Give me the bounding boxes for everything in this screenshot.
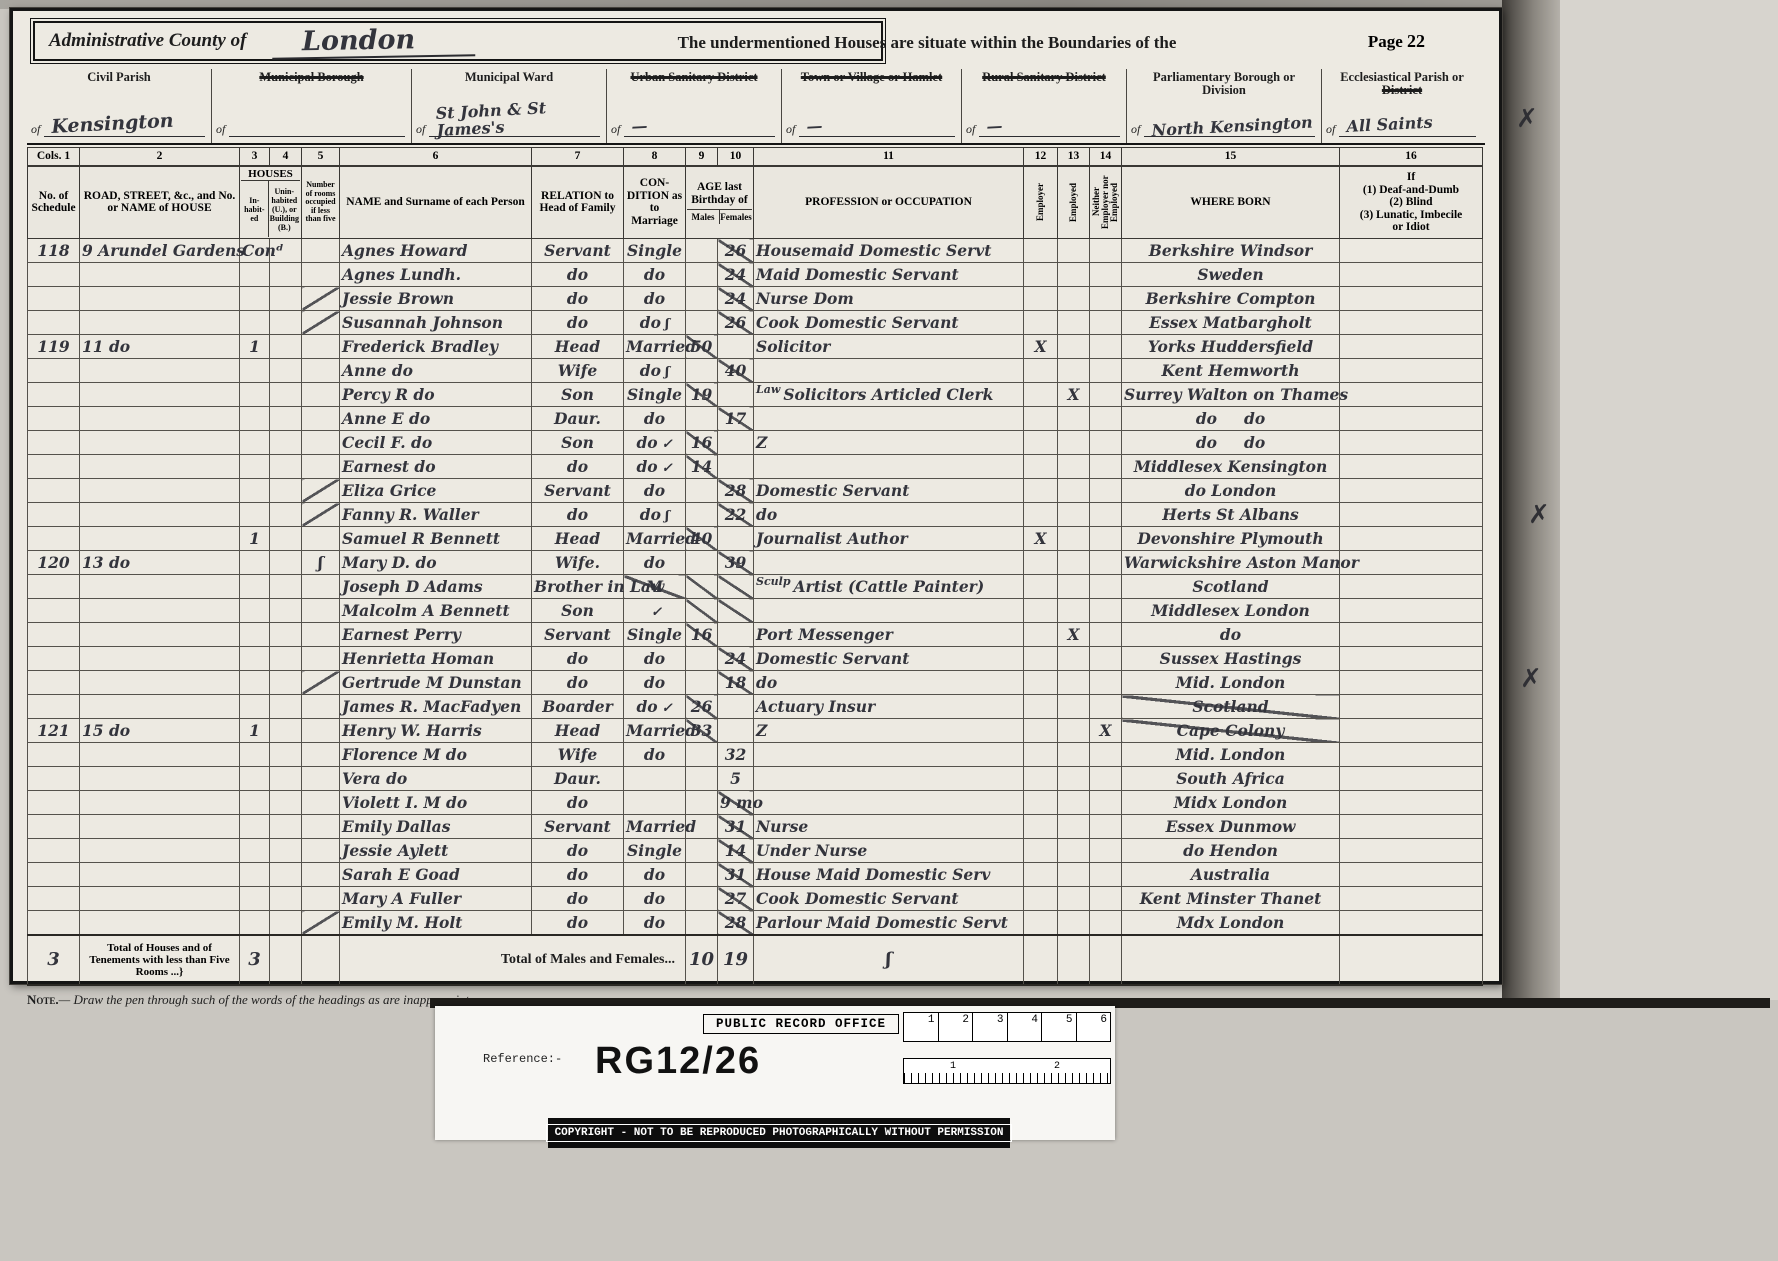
cell-road — [80, 311, 240, 335]
cell-road — [80, 431, 240, 455]
cell-name: Eliza Grice — [340, 479, 532, 503]
cell-e13 — [1058, 311, 1090, 335]
cell-e12 — [1024, 599, 1058, 623]
col-num: 6 — [340, 148, 532, 166]
cell-sch — [28, 815, 80, 839]
col-infirmity-line: (3) Lunatic, Imbecile — [1341, 209, 1481, 222]
of-label: of — [31, 122, 40, 137]
cell-e14 — [1090, 527, 1122, 551]
table-row: Vera doDaur.5South Africa — [28, 767, 1483, 791]
table-row: 12013 doʃMary D. doWife.do39Warwickshire… — [28, 551, 1483, 575]
col-rooms: Number of rooms occupied if less than fi… — [302, 166, 340, 239]
cell-e12 — [1024, 623, 1058, 647]
table-row: Mary A Fullerdodo27Cook Domestic Servant… — [28, 887, 1483, 911]
cell-occ: Nurse — [754, 815, 1024, 839]
col-infirmity-line: If — [1341, 171, 1481, 184]
cell-am: 19 — [686, 383, 718, 407]
cell-uninh — [270, 863, 302, 887]
ruler-number: 5 — [1042, 1013, 1077, 1041]
cell-e12 — [1024, 407, 1058, 431]
cell-born: do Hendon — [1122, 839, 1340, 863]
cell-inf — [1340, 551, 1483, 575]
of-label: of — [216, 122, 225, 137]
cell-e14 — [1090, 911, 1122, 935]
cell-sch — [28, 647, 80, 671]
cell-e13 — [1058, 575, 1090, 599]
cell-sch — [28, 503, 80, 527]
cell-e12 — [1024, 887, 1058, 911]
totals-schedule: 3 — [28, 935, 80, 985]
cell-am: 16 — [686, 431, 718, 455]
ruler-number: 2 — [939, 1013, 974, 1041]
cell-occ — [754, 791, 1024, 815]
cell-uninh — [270, 791, 302, 815]
cell-uninh — [270, 767, 302, 791]
cell-road — [80, 695, 240, 719]
cell-rooms — [302, 383, 340, 407]
ruler-sub-number: 2 — [1054, 1061, 1060, 1072]
totals-empty — [1058, 935, 1090, 985]
cell-uninh — [270, 887, 302, 911]
cell-e12 — [1024, 383, 1058, 407]
cell-inh — [240, 551, 270, 575]
cell-occ — [754, 551, 1024, 575]
cell-cond: do — [624, 287, 686, 311]
clerk-tick-mark: ʃ — [665, 509, 669, 524]
cell-af: 27 — [718, 887, 754, 911]
cell-af — [718, 695, 754, 719]
cell-inf — [1340, 791, 1483, 815]
subheader-field: Urban Sanitary Districtof— — [607, 69, 782, 143]
subheader-label: Municipal Ward — [412, 71, 606, 84]
cell-occ: Under Nurse — [754, 839, 1024, 863]
cell-name: Percy R do — [340, 383, 532, 407]
footnote-label: Note. — [27, 992, 59, 1007]
cell-road — [80, 575, 240, 599]
cell-af: 24 — [718, 263, 754, 287]
subheader-value: — — [986, 116, 1003, 136]
cell-inf — [1340, 671, 1483, 695]
cell-born: Kent Hemworth — [1122, 359, 1340, 383]
cell-inh — [240, 887, 270, 911]
cell-e14 — [1090, 239, 1122, 263]
table-row: Earnest dododo✓14Middlesex Kensington — [28, 455, 1483, 479]
cell-uninh — [270, 647, 302, 671]
cell-cond: do✓ — [624, 431, 686, 455]
cell-born: Scotland — [1122, 695, 1340, 719]
cell-born: do — [1122, 623, 1340, 647]
cell-e13 — [1058, 887, 1090, 911]
col-num: 14 — [1090, 148, 1122, 166]
cell-inf — [1340, 479, 1483, 503]
cell-occ: Maid Domestic Servant — [754, 263, 1024, 287]
cell-e12 — [1024, 911, 1058, 935]
of-label: of — [416, 122, 425, 137]
cell-af: 17 — [718, 407, 754, 431]
cell-inh — [240, 839, 270, 863]
cell-uninh — [270, 719, 302, 743]
cell-sch — [28, 863, 80, 887]
cell-rooms — [302, 239, 340, 263]
subheader-label-line: Municipal Ward — [412, 71, 606, 84]
cell-rel: Wife — [532, 743, 624, 767]
of-line: of — [216, 122, 405, 137]
form-header: Administrative County of London The unde… — [27, 17, 1485, 69]
cell-e14 — [1090, 311, 1122, 335]
table-row: 11911 do1Frederick BradleyHeadMarried50S… — [28, 335, 1483, 359]
cell-e14 — [1090, 335, 1122, 359]
cell-name: Henry W. Harris — [340, 719, 532, 743]
census-table: Cols. 1 2 3 4 5 6 7 8 9 10 11 12 13 14 1… — [27, 147, 1483, 986]
cell-am — [686, 671, 718, 695]
totals-row: 3 Total of Houses and of Tenements with … — [28, 935, 1483, 985]
cell-am — [686, 575, 718, 599]
cell-cond: do — [624, 671, 686, 695]
cell-e13 — [1058, 647, 1090, 671]
cell-rooms — [302, 599, 340, 623]
cell-occ: Journalist Author — [754, 527, 1024, 551]
cell-road — [80, 791, 240, 815]
cell-rooms — [302, 743, 340, 767]
cell-occ — [754, 359, 1024, 383]
cell-rel: Servant — [532, 623, 624, 647]
col-neither: Neither Employer nor Employed — [1090, 166, 1122, 239]
table-row: James R. MacFadyenBoarderdo✓26Actuary In… — [28, 695, 1483, 719]
cell-am — [686, 263, 718, 287]
cell-inh — [240, 767, 270, 791]
cell-cond: do✓ — [624, 695, 686, 719]
col-num: 4 — [270, 148, 302, 166]
cell-born: Sussex Hastings — [1122, 647, 1340, 671]
cell-e14 — [1090, 431, 1122, 455]
of-rule: — — [624, 122, 775, 137]
cell-born: Mdx London — [1122, 911, 1340, 935]
cell-sch — [28, 671, 80, 695]
reference-number: RG12/26 — [595, 1040, 761, 1083]
clerk-tick-mark: ✓ — [662, 701, 673, 716]
cell-born: Warwickshire Aston Manor — [1122, 551, 1340, 575]
of-rule: — — [979, 122, 1120, 137]
cell-sch — [28, 695, 80, 719]
cell-inf — [1340, 743, 1483, 767]
cell-name: Susannah Johnson — [340, 311, 532, 335]
cell-sch — [28, 791, 80, 815]
cell-road: 15 do — [80, 719, 240, 743]
cell-uninh — [270, 359, 302, 383]
cell-uninh — [270, 527, 302, 551]
cell-born: Australia — [1122, 863, 1340, 887]
ruler-number: 1 — [904, 1013, 939, 1041]
cell-rooms — [302, 791, 340, 815]
cell-name: Earnest Perry — [340, 623, 532, 647]
cell-rel: Wife — [532, 359, 624, 383]
cell-am: 33 — [686, 719, 718, 743]
cell-am — [686, 407, 718, 431]
cell-uninh — [270, 695, 302, 719]
col-condition: CON-DITION as to Marriage — [624, 166, 686, 239]
cell-e12 — [1024, 359, 1058, 383]
cell-rooms: ʃ — [302, 551, 340, 575]
cell-e14 — [1090, 791, 1122, 815]
cell-sch — [28, 839, 80, 863]
totals-males: 10 — [686, 935, 718, 985]
cell-e14 — [1090, 839, 1122, 863]
cell-cond: Married — [624, 527, 686, 551]
cell-rel: do — [532, 263, 624, 287]
cell-inf — [1340, 239, 1483, 263]
cell-cond: do — [624, 911, 686, 935]
cell-am — [686, 503, 718, 527]
col-num: 7 — [532, 148, 624, 166]
cell-born: Scotland — [1122, 575, 1340, 599]
cell-occ: SculpArtist (Cattle Painter) — [754, 575, 1024, 599]
cell-rel: Daur. — [532, 767, 624, 791]
cell-rooms — [302, 335, 340, 359]
cell-road — [80, 503, 240, 527]
cell-inh — [240, 599, 270, 623]
subheader-value: — — [806, 116, 823, 136]
cell-e12 — [1024, 863, 1058, 887]
cell-inh — [240, 815, 270, 839]
subheader-label: Urban Sanitary District — [607, 71, 781, 84]
cell-am — [686, 647, 718, 671]
cell-e13 — [1058, 335, 1090, 359]
clerk-tick-mark: ✓ — [662, 461, 673, 476]
table-row: Earnest PerryServantSingle16Port Messeng… — [28, 623, 1483, 647]
cell-af: 32 — [718, 743, 754, 767]
cell-inh — [240, 623, 270, 647]
cell-e12 — [1024, 503, 1058, 527]
cell-inh — [240, 359, 270, 383]
cell-am — [686, 863, 718, 887]
totals-females: 19 — [718, 935, 754, 985]
cell-e14 — [1090, 551, 1122, 575]
table-row: 12115 do1Henry W. HarrisHeadMarried33ZXC… — [28, 719, 1483, 743]
cell-af: 18 — [718, 671, 754, 695]
occupation-superscript: Law — [756, 383, 780, 396]
cell-rel: Head — [532, 527, 624, 551]
cell-inf — [1340, 599, 1483, 623]
cell-cond: Married — [624, 335, 686, 359]
cell-rel: Head — [532, 335, 624, 359]
cell-sch — [28, 359, 80, 383]
cell-occ: Cook Domestic Servant — [754, 311, 1024, 335]
of-rule — [229, 122, 405, 137]
cell-born: Cape Colony — [1122, 719, 1340, 743]
cell-name: Anne do — [340, 359, 532, 383]
cell-name: Malcolm A Bennett — [340, 599, 532, 623]
cell-am: 26 — [686, 695, 718, 719]
of-line: ofSt John & St James's — [416, 122, 600, 137]
cell-rel: do — [532, 287, 624, 311]
cell-road — [80, 671, 240, 695]
cell-rel: Servant — [532, 239, 624, 263]
cell-cond: doʃ — [624, 311, 686, 335]
cell-cond: do✓ — [624, 455, 686, 479]
cell-e13 — [1058, 359, 1090, 383]
cell-e14 — [1090, 503, 1122, 527]
cell-e12 — [1024, 263, 1058, 287]
clerk-tick-mark: ʃ — [665, 365, 669, 380]
cell-uninh — [270, 599, 302, 623]
of-rule: — — [799, 122, 955, 137]
cell-e13 — [1058, 263, 1090, 287]
cell-rel: do — [532, 791, 624, 815]
cell-sch: 120 — [28, 551, 80, 575]
cell-uninh — [270, 623, 302, 647]
cell-cond: Married — [624, 815, 686, 839]
col-num: 12 — [1024, 148, 1058, 166]
cell-rooms — [302, 911, 340, 935]
cell-e13 — [1058, 671, 1090, 695]
cell-road — [80, 599, 240, 623]
col-relation: RELATION to Head of Family — [532, 166, 624, 239]
cell-rel: do — [532, 887, 624, 911]
of-label: of — [966, 122, 975, 137]
subheader-row: Civil ParishofKensingtonMunicipal Boroug… — [27, 69, 1485, 145]
cell-rooms — [302, 815, 340, 839]
cell-rel: do — [532, 647, 624, 671]
cell-born: Surrey Walton on Thames — [1122, 383, 1340, 407]
ruler-number: 4 — [1008, 1013, 1043, 1041]
cell-inh — [240, 695, 270, 719]
cell-uninh — [270, 551, 302, 575]
column-labels-row: No. of Schedule ROAD, STREET, &c., and N… — [28, 166, 1483, 239]
subheader-field: Ecclesiastical Parish orDistrictofAll Sa… — [1322, 69, 1482, 143]
cell-inh — [240, 479, 270, 503]
cell-e13 — [1058, 695, 1090, 719]
cell-cond: Single — [624, 239, 686, 263]
cell-e12 — [1024, 791, 1058, 815]
cell-occ: Port Messenger — [754, 623, 1024, 647]
cell-cond: do — [624, 887, 686, 911]
subheader-label: Parliamentary Borough orDivision — [1127, 71, 1321, 97]
totals-empty — [270, 935, 302, 985]
of-line: ofAll Saints — [1326, 122, 1476, 137]
totals-empty — [1340, 935, 1483, 985]
cell-uninh — [270, 743, 302, 767]
cell-name: Mary D. do — [340, 551, 532, 575]
cell-am — [686, 767, 718, 791]
census-form-page: Administrative County of London The unde… — [10, 8, 1502, 984]
cell-am: 50 — [686, 335, 718, 359]
cell-road — [80, 623, 240, 647]
cell-rel: Son — [532, 431, 624, 455]
of-line: ofNorth Kensington — [1131, 122, 1315, 137]
cell-e13 — [1058, 911, 1090, 935]
cell-name: Emily Dallas — [340, 815, 532, 839]
administrative-county-value: London — [272, 23, 476, 60]
cell-rooms — [302, 527, 340, 551]
cell-rel: Head — [532, 719, 624, 743]
cell-inf — [1340, 839, 1483, 863]
cell-cond: Single — [624, 623, 686, 647]
cell-e14 — [1090, 479, 1122, 503]
cell-occ: Solicitor — [754, 335, 1024, 359]
col-uninhabited: Unin-habited (U.), or Building (B.) — [269, 181, 300, 237]
cell-sch: 121 — [28, 719, 80, 743]
cell-rel: do — [532, 911, 624, 935]
cell-occ — [754, 743, 1024, 767]
cell-road — [80, 383, 240, 407]
cell-rooms — [302, 887, 340, 911]
col-name: NAME and Surname of each Person — [340, 166, 532, 239]
cell-cond: do — [624, 479, 686, 503]
cell-sch — [28, 407, 80, 431]
col-age: AGE last Birthday of Males Females — [686, 166, 754, 239]
cell-e13 — [1058, 479, 1090, 503]
cell-am — [686, 911, 718, 935]
cell-af: 14 — [718, 839, 754, 863]
cell-name: Jessie Brown — [340, 287, 532, 311]
cell-road — [80, 911, 240, 935]
totals-empty — [302, 935, 340, 985]
cell-e12 — [1024, 719, 1058, 743]
cell-inf — [1340, 815, 1483, 839]
ruler-ticks: 1 2 — [903, 1058, 1111, 1084]
footnote-text: — Draw the pen through such of the words… — [59, 992, 478, 1007]
ruler-sub-number: 1 — [950, 1061, 956, 1072]
cell-sch — [28, 911, 80, 935]
cell-road — [80, 839, 240, 863]
of-rule: North Kensington — [1144, 122, 1315, 137]
cell-rel: do — [532, 839, 624, 863]
cell-inf — [1340, 383, 1483, 407]
cell-af — [718, 335, 754, 359]
col-num: 9 — [686, 148, 718, 166]
cell-inh — [240, 287, 270, 311]
cell-occ: House Maid Domestic Serv — [754, 863, 1024, 887]
subheader-field: Municipal Boroughof — [212, 69, 412, 143]
clerk-tick-mark: ✓ — [662, 437, 673, 452]
cell-name: Violett I. M do — [340, 791, 532, 815]
cell-inh — [240, 311, 270, 335]
col-born: WHERE BORN — [1122, 166, 1340, 239]
cell-e14 — [1090, 695, 1122, 719]
clerk-tick-mark: ✓ — [651, 605, 662, 620]
cell-rooms — [302, 479, 340, 503]
cell-inf — [1340, 335, 1483, 359]
table-row: Violett I. M dodo9 moMidx London — [28, 791, 1483, 815]
scan-backing — [1560, 0, 1778, 1000]
cell-road — [80, 647, 240, 671]
cell-rel: Brother in Law — [532, 575, 624, 599]
cell-af: 5 — [718, 767, 754, 791]
cell-e14: X — [1090, 719, 1122, 743]
table-row: Anne doWifedoʃ40Kent Hemworth — [28, 359, 1483, 383]
cell-rooms — [302, 575, 340, 599]
table-row: Fanny R. Wallerdodoʃ22doHerts St Albans — [28, 503, 1483, 527]
of-line: ofKensington — [31, 122, 205, 137]
copyright-bar: COPYRIGHT - NOT TO BE REPRODUCED PHOTOGR… — [548, 1118, 1010, 1148]
table-row: Henrietta Homandodo24Domestic ServantSus… — [28, 647, 1483, 671]
cell-rooms — [302, 767, 340, 791]
cell-am — [686, 239, 718, 263]
cell-sch — [28, 527, 80, 551]
of-label: of — [786, 122, 795, 137]
cell-rooms — [302, 671, 340, 695]
cell-inf — [1340, 719, 1483, 743]
col-num: 2 — [80, 148, 240, 166]
cell-sch — [28, 383, 80, 407]
subheader-label: Civil Parish — [27, 71, 211, 84]
cell-cond: doʃ — [624, 359, 686, 383]
cell-rel: do — [532, 671, 624, 695]
cell-rooms — [302, 455, 340, 479]
cell-sch — [28, 287, 80, 311]
cell-occ: do — [754, 503, 1024, 527]
cell-e13 — [1058, 863, 1090, 887]
